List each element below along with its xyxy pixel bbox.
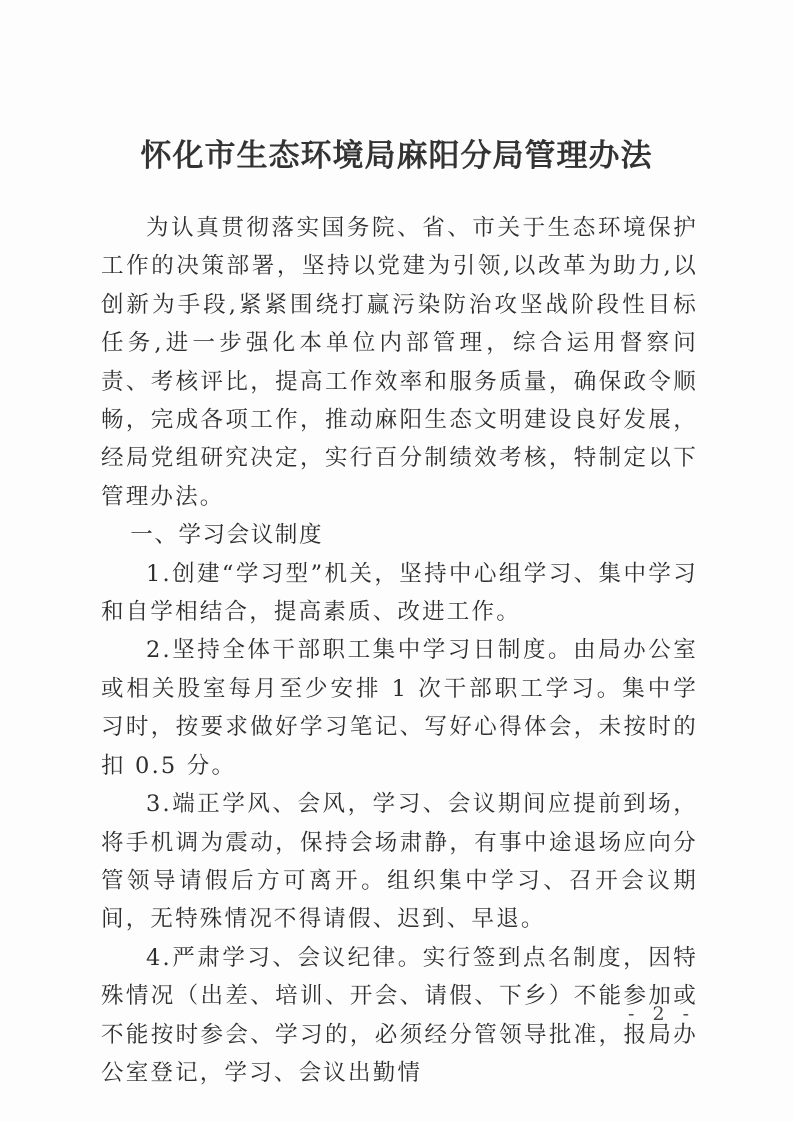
document-body: 为认真贯彻落实国务院、省、市关于生态环境保护工作的决策部署，坚持以党建为引领,以… [101,209,698,1092]
section-item-1: 1.创建“学习型”机关，坚持中心组学习、集中学习和自学相结合，提高素质、改进工作… [101,555,698,632]
section-item-2: 2.坚持全体干部职工集中学习日制度。由局办公室或相关股室每月至少安排 1 次干部… [101,631,698,785]
section-item-4: 4.严肃学习、会议纪律。实行签到点名制度，因特殊情况（出差、培训、开会、请假、下… [101,939,698,1093]
document-page: 怀化市生态环境局麻阳分局管理办法 为认真贯彻落实国务院、省、市关于生态环境保护工… [0,0,793,1122]
section-item-3: 3.端正学风、会风，学习、会议期间应提前到场，将手机调为震动，保持会场肃静，有事… [101,785,698,939]
section-heading-study-meeting-system: 一、学习会议制度 [101,516,698,554]
intro-paragraph: 为认真贯彻落实国务院、省、市关于生态环境保护工作的决策部署，坚持以党建为引领,以… [101,209,698,516]
page-number: - 2 - [628,1003,695,1025]
document-title: 怀化市生态环境局麻阳分局管理办法 [0,134,793,178]
